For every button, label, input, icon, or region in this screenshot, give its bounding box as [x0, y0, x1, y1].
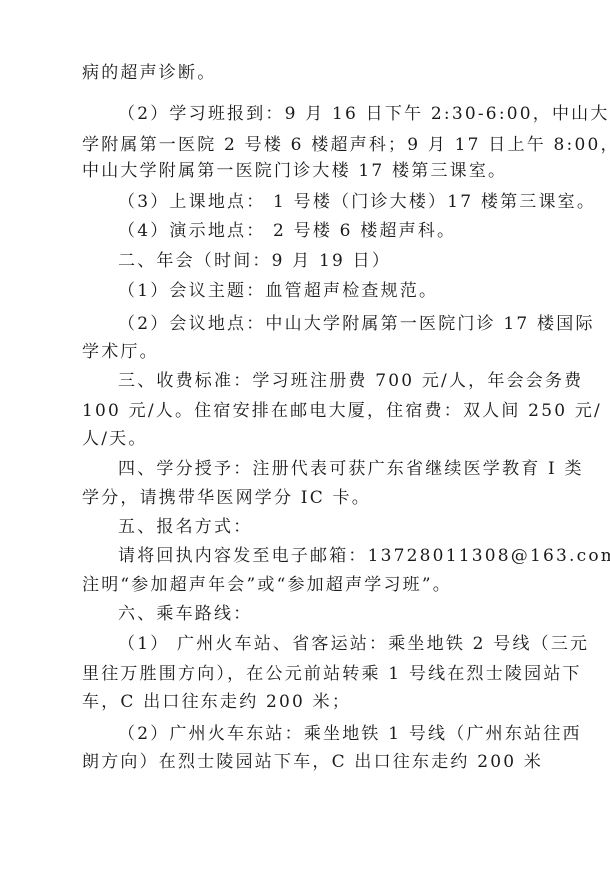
- text-line: （2）学习班报到：9 月 16 日下午 2:30-6:00，中山大: [118, 103, 610, 125]
- text-line: （3）上课地点： 1 号楼（门诊大楼）17 楼第三课室。: [118, 191, 596, 213]
- text-line: 学分，请携带华医网学分 IC 卡。: [82, 487, 371, 509]
- text-line: 中山大学附属第一医院门诊大楼 17 楼第三课室。: [82, 160, 507, 182]
- email-line: 请将回执内容发至电子邮箱：13728011308@163.com，: [118, 545, 610, 567]
- text-line: （2）会议地点：中山大学附属第一医院门诊 17 楼国际: [118, 313, 595, 335]
- text-line: 人/天。: [82, 428, 148, 450]
- text-line: 100 元/人。住宿安排在邮电大厦，住宿费：双人间 250 元/: [82, 400, 602, 422]
- text-line: （2）广州火车东站：乘坐地铁 1 号线（广州东站往西: [118, 723, 582, 745]
- text-line: 里往万胜围方向），在公元前站转乘 1 号线在烈士陵园站下: [82, 663, 582, 685]
- document-page: 病的超声诊断。 （2）学习班报到：9 月 16 日下午 2:30-6:00，中山…: [0, 0, 610, 870]
- text-line: 学附属第一医院 2 号楼 6 楼超声科；9 月 17 日上午 8:00，: [82, 134, 610, 156]
- text-line: （1）会议主题：血管超声检查规范。: [118, 280, 438, 302]
- text-line: 注明“参加超声年会”或“参加超声学习班”。: [82, 574, 452, 596]
- section-heading: 二、年会（时间：9 月 19 日）: [118, 250, 391, 272]
- text-line: 车，C 出口往东走约 200 米；: [82, 691, 351, 713]
- section-heading: 三、收费标准：学习班注册费 700 元/人，年会会务费: [118, 370, 583, 392]
- text-line: 学术厅。: [82, 341, 159, 363]
- section-heading: 四、学分授予：注册代表可获广东省继续医学教育 I 类: [118, 458, 584, 480]
- section-heading: 五、报名方式：: [118, 516, 252, 538]
- text-line: 朗方向）在烈士陵园站下车，C 出口往东走约 200 米: [82, 751, 543, 773]
- text-line: （4）演示地点： 2 号楼 6 楼超声科。: [118, 220, 456, 242]
- text-line: （1） 广州火车站、省客运站：乘坐地铁 2 号线（三元: [118, 633, 589, 655]
- text-line: 病的超声诊断。: [82, 62, 216, 84]
- section-heading: 六、乘车路线：: [118, 603, 252, 625]
